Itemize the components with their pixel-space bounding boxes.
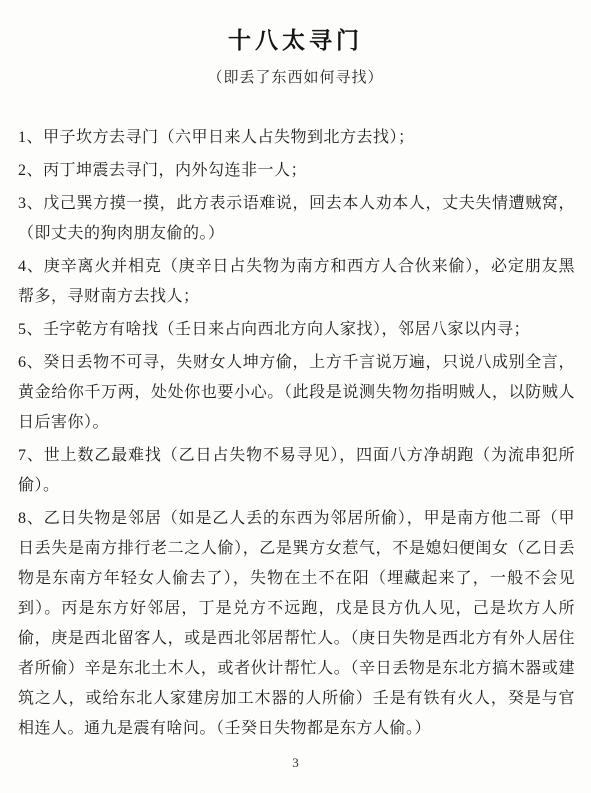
page-number: 3 [0,755,591,771]
paragraph: 3、戊己巽方摸一摸，此方表示语难说，回去本人劝本人，丈夫失情遭贼窝，（即丈夫的狗… [18,189,575,249]
page-title: 十八太寻门 [0,0,591,55]
page-subtitle: （即丢了东西如何寻找） [0,68,591,88]
paragraph: 6、癸日丢物不可寻，失财女人坤方偷，上方千言说万遍，只说八成别全言，黄金给你千万… [18,348,575,438]
paragraph: 4、庚辛离火并相克（庚辛日占失物为南方和西方人合伙来偷），必定朋友黑帮多，寻财南… [18,252,575,312]
body-paragraphs: 1、甲子坎方去寻门（六甲日来人占失物到北方去找）；2、丙丁坤震去寻门，内外勾连非… [18,123,575,744]
book-page: 十八太寻门 （即丢了东西如何寻找） 1、甲子坎方去寻门（六甲日来人占失物到北方去… [0,0,591,793]
paragraph: 7、世上数乙最难找（乙日占失物不易寻见），四面八方净胡跑（为流串犯所偷）。 [18,441,575,501]
paragraph: 5、壬字乾方有啥找（壬日来占向西北方向人家找），邻居八家以内寻； [18,315,575,345]
paragraph: 1、甲子坎方去寻门（六甲日来人占失物到北方去找）； [18,123,575,153]
paragraph: 2、丙丁坤震去寻门，内外勾连非一人； [18,156,575,186]
paragraph: 8、乙日失物是邻居（如是乙人丢的东西为邻居所偷），甲是南方他二哥（甲日丢失是南方… [18,504,575,744]
